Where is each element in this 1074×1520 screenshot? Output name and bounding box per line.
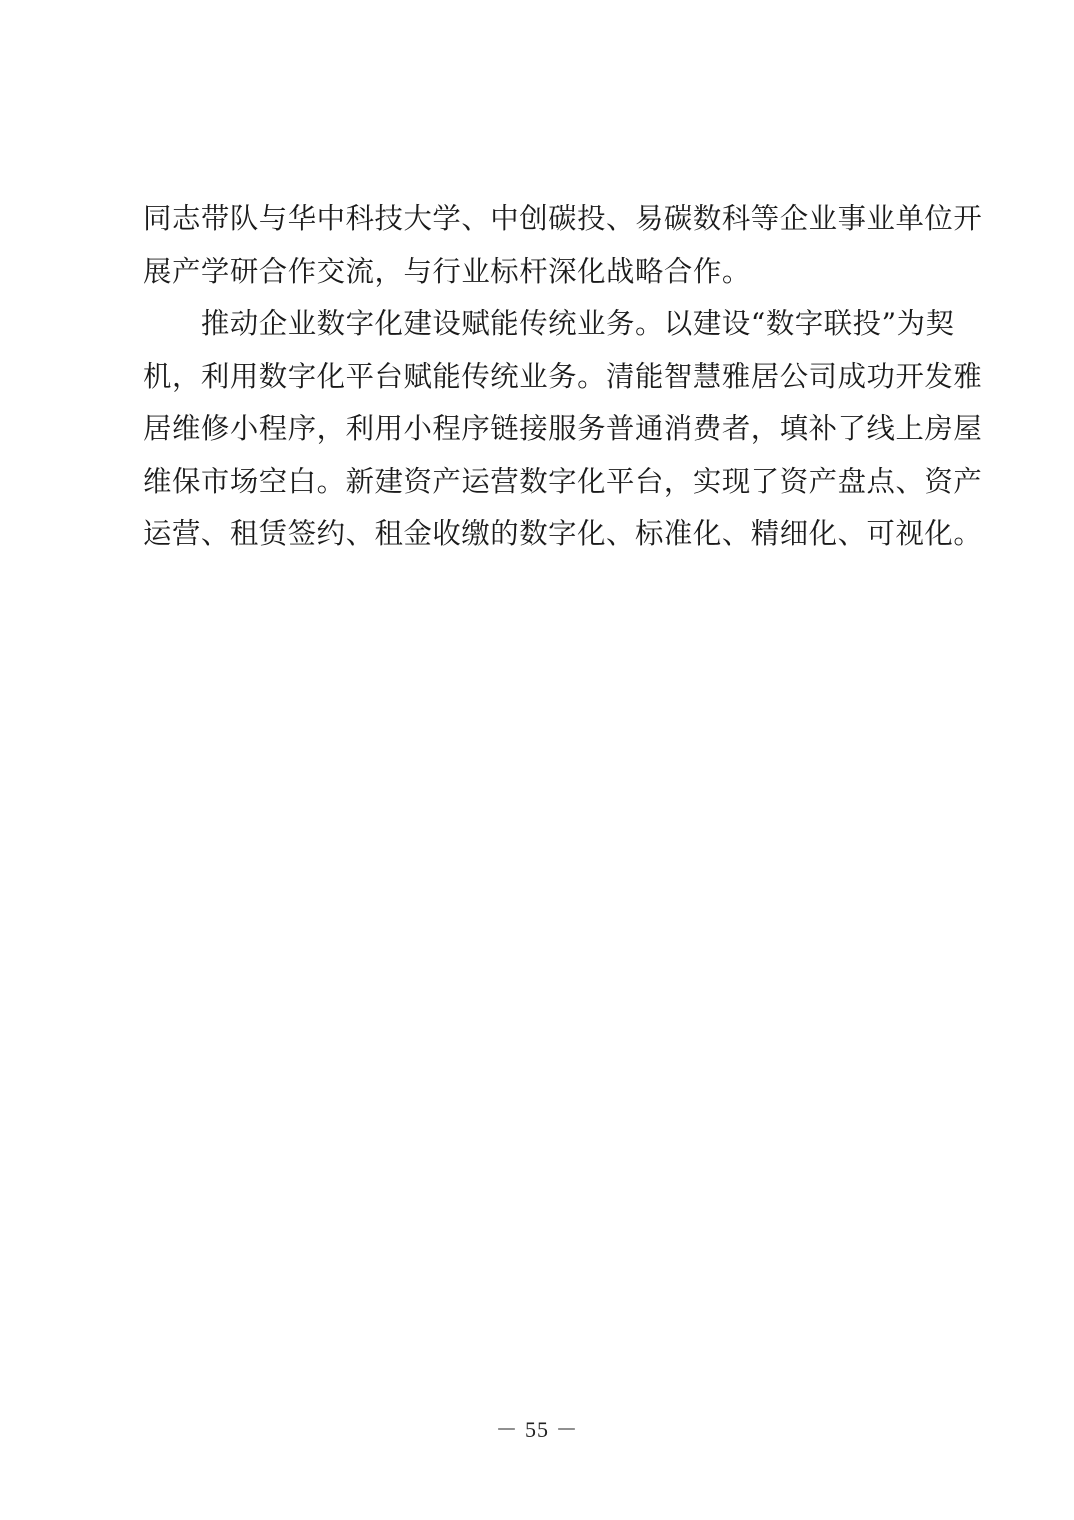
text-line: 展产学研合作交流，与行业标杆深化战略合作。: [143, 250, 943, 303]
page-number: － 55 －: [0, 1413, 1074, 1444]
text-line: 居维修小程序，利用小程序链接服务普通消费者，填补了线上房屋: [143, 407, 943, 460]
body-text: 同志带队与华中科技大学、中创碳投、易碳数科等企业事业单位开 展产学研合作交流，与…: [143, 197, 943, 565]
text-line: 推动企业数字化建设赋能传统业务。以建设“数字联投”为契: [143, 302, 943, 355]
document-page: 同志带队与华中科技大学、中创碳投、易碳数科等企业事业单位开 展产学研合作交流，与…: [0, 0, 1074, 1520]
text-line: 机，利用数字化平台赋能传统业务。清能智慧雅居公司成功开发雅: [143, 355, 943, 408]
text-line: 维保市场空白。新建资产运营数字化平台，实现了资产盘点、资产: [143, 460, 943, 513]
text-line: 同志带队与华中科技大学、中创碳投、易碳数科等企业事业单位开: [143, 197, 943, 250]
text-line: 运营、租赁签约、租金收缴的数字化、标准化、精细化、可视化。: [143, 512, 943, 565]
